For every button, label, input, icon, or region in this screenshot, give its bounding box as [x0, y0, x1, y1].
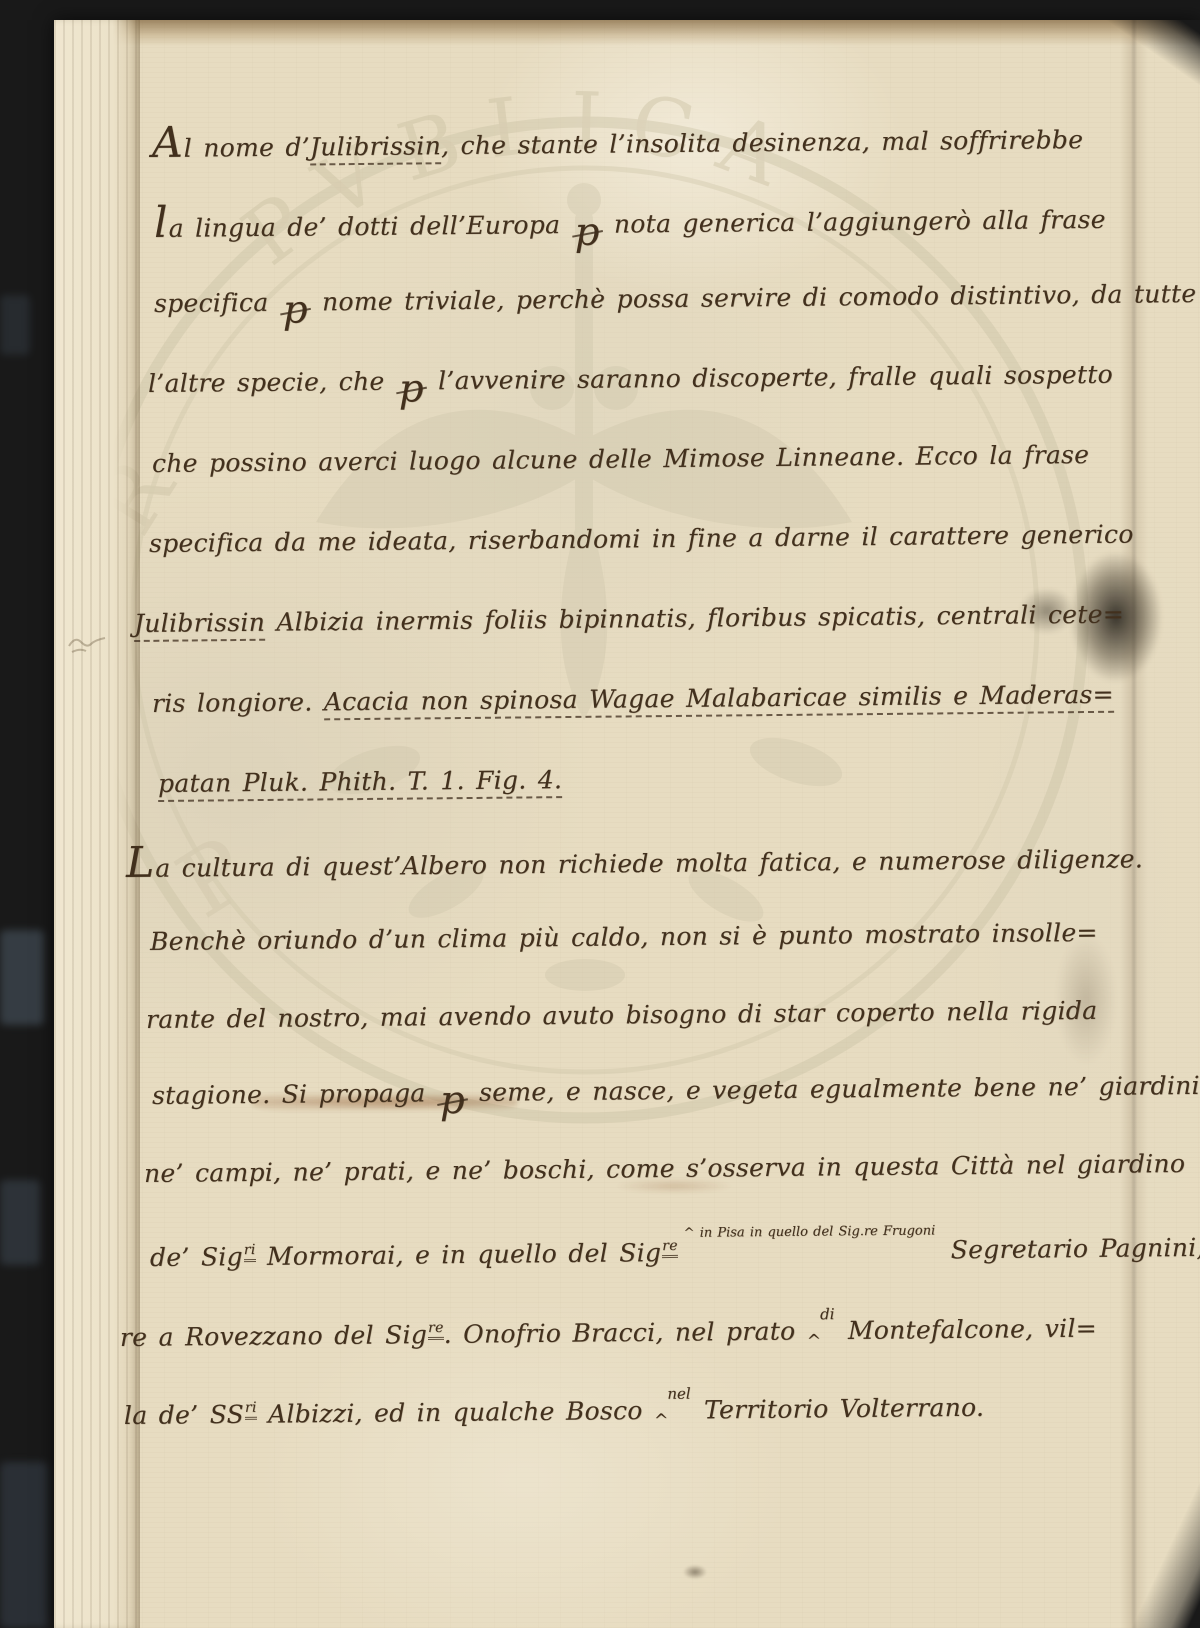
manuscript-line-12: rante del nostro, mai avendo avuto bisog… [146, 993, 1098, 1038]
underlined-text: Julibrissin [134, 608, 265, 642]
scan-corner-shadow [1107, 20, 1200, 90]
manuscript-line-5: che possino averci luogo alcune delle Mi… [152, 437, 1090, 482]
text-segment: de’ Sig [150, 1242, 243, 1272]
manuscript-line-15: de’ Sigri Mormorai, e in quello del Sigr… [150, 1228, 1200, 1281]
scan-corner-shadow [1130, 1465, 1200, 1628]
text-segment: Al nome d’ [152, 132, 310, 163]
manuscript-line-6: specifica da me ideata, riserbandomi in … [149, 517, 1134, 562]
text-segment: . Onofrio Bracci, nel prato [444, 1316, 807, 1348]
manuscript-line-11: Benchè oriundo d’un clima più caldo, non… [150, 915, 1098, 960]
text-segment: specifica [154, 288, 280, 318]
book-edge-patch [0, 295, 30, 355]
text-segment: La cultura di quest’Albero non richiede … [126, 844, 1143, 883]
manuscript-line-2: la lingua de’ dotti dell’Europa p nota g… [154, 197, 1106, 247]
superscript-abbreviation: ri [244, 1242, 256, 1262]
manuscript-line-7: Julibrissin Albizia inermis foliis bipin… [134, 596, 1124, 642]
text-segment: l’avvenire saranno discoperte, fralle qu… [427, 360, 1113, 396]
text-segment: Albizzi, ed in qualche Bosco [257, 1396, 654, 1429]
manuscript-line-10: La cultura di quest’Albero non richiede … [126, 836, 1143, 887]
text-segment: , che stante l’insolita desinenza, mal s… [441, 125, 1083, 160]
book-edge-patch [0, 1180, 40, 1265]
manuscript-line-17: la de’ SSri Albizzi, ed in qualche Bosco… [124, 1390, 985, 1438]
manuscript-page: PVBLICA R I P Al nome d’Juli [54, 20, 1200, 1628]
text-segment: ne’ campi, ne’ prati, e ne’ boschi, come… [144, 1149, 1186, 1188]
manuscript-line-8: ris longiore. Acacia non spinosa Wagae M… [152, 677, 1114, 722]
book-edge-patch [0, 930, 44, 1025]
text-segment: re a Rovezzano del Sig [120, 1320, 427, 1352]
text-segment: Territorio Volterrano. [693, 1393, 985, 1425]
text-segment: nome triviale, perchè possa servire di c… [311, 279, 1197, 316]
text-segment: specifica da me ideata, riserbandomi in … [149, 520, 1134, 558]
manuscript-line-1: Al nome d’Julibrissin, che stante l’inso… [152, 117, 1084, 167]
inserted-word: di [820, 1296, 835, 1332]
underlined-text: patan Pluk. Phith. T. 1. Fig. 4. [158, 765, 563, 802]
text-segment: rante del nostro, mai avendo avuto bisog… [146, 996, 1098, 1034]
inserted-word: nel [667, 1376, 691, 1412]
superscript-abbreviation: ri [245, 1400, 257, 1420]
text-segment: la de’ SS [124, 1400, 244, 1430]
manuscript-line-9: patan Pluk. Phith. T. 1. Fig. 4. [158, 762, 563, 802]
text-segment: nota generica l’aggiungerò alla frase [602, 205, 1105, 239]
text-segment: stagione. Si propaga [152, 1078, 437, 1110]
text-segment: Montefalcone, vil= [836, 1314, 1097, 1345]
manuscript-line-4: l’altre specie, che p l’avvenire saranno… [148, 357, 1113, 402]
text-segment: Albizia inermis foliis bipinnatis, flori… [265, 599, 1124, 636]
manuscript-line-3: specifica p nome triviale, perchè possa … [154, 276, 1197, 322]
caret-mark: ^ [807, 1331, 822, 1351]
text-segment: Segretario Pagnini, in un pode= [939, 1231, 1200, 1264]
manuscript-line-14: ne’ campi, ne’ prati, e ne’ boschi, come… [144, 1146, 1186, 1192]
text-segment: Benchè oriundo d’un clima più caldo, non… [150, 918, 1098, 956]
scanned-manuscript-photo: { "scan": { "background_color": "#191919… [0, 0, 1200, 1628]
underlined-text: Acacia non spinosa Wagae Malabaricae sim… [324, 680, 1114, 721]
text-segment: la lingua de’ dotti dell’Europa [154, 210, 572, 243]
manuscript-line-13: stagione. Si propaga p seme, e nasce, e … [152, 1068, 1200, 1114]
text-segment: ris longiore. [152, 687, 324, 718]
text-segment: Mormorai, e in quello del Sig [256, 1238, 662, 1271]
text-segment: che possino averci luogo alcune delle Mi… [152, 440, 1090, 478]
caret-mark: ^ [654, 1411, 669, 1431]
text-segment: seme, e nasce, e vegeta egualmente bene … [468, 1071, 1200, 1107]
manuscript-line-16: re a Rovezzano del Sigre. Onofrio Bracci… [120, 1311, 1097, 1360]
underlined-text: Julibrissin [310, 131, 441, 165]
book-edge-patch [0, 1462, 48, 1628]
manuscript-text-block: Al nome d’Julibrissin, che stante l’inso… [54, 20, 1200, 1628]
text-segment: l’altre specie, che [148, 367, 396, 398]
superscript-abbreviation: re [662, 1238, 678, 1258]
superscript-abbreviation: re [428, 1320, 444, 1340]
interlinear-insertion: ^ in Pisa in quello del Sig.re Frugoni [683, 1213, 935, 1251]
